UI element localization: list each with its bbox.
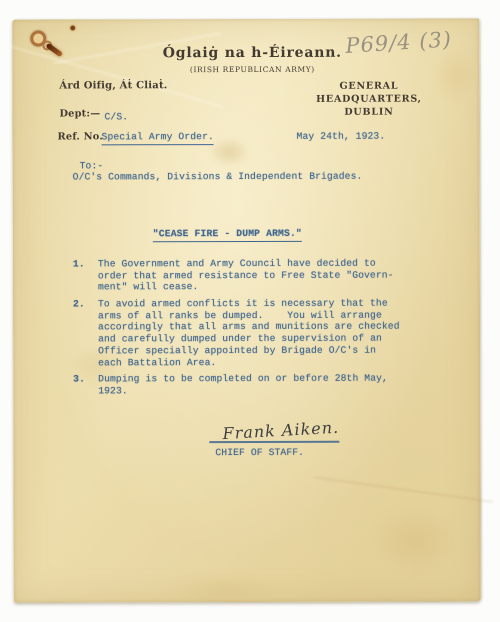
recipients-value: O/C's Commands, Divisions & Independent … bbox=[73, 171, 363, 183]
rust-mark-dot bbox=[70, 25, 75, 30]
order-item-1: 1. The Government and Army Council have … bbox=[13, 257, 480, 258]
headquarters-line2: DUBLIN bbox=[286, 105, 451, 118]
document-date: May 24th, 1923. bbox=[297, 131, 386, 143]
ref-no-label: Ref. No. bbox=[58, 131, 103, 142]
organisation-subtitle: (IRISH REPUBLICAN ARMY) bbox=[107, 65, 397, 75]
order-item-text: To avoid armed conflicts it is necessary… bbox=[98, 298, 400, 369]
order-item-number: 1. bbox=[73, 258, 85, 270]
dept-label: Dept:— bbox=[59, 108, 100, 119]
signature-underline bbox=[209, 441, 339, 443]
signatory-title: CHIEF OF STAFF. bbox=[215, 447, 304, 459]
head-office-address-gaelic: Árd Oifig, Áṫ Cliaṫ. bbox=[59, 80, 167, 91]
ref-no-value: Special Army Order. bbox=[102, 131, 214, 145]
order-item-text: The Government and Army Council have dec… bbox=[98, 258, 394, 294]
headquarters-address: GENERAL HEADQUARTERS, DUBLIN bbox=[286, 79, 451, 118]
crease-line bbox=[314, 476, 493, 502]
order-item-2: 2. To avoid armed conflicts it is necess… bbox=[13, 297, 480, 298]
recipients-label: To:- bbox=[80, 160, 104, 172]
organisation-title-gaelic: Óglaiġ na h-Éireann. bbox=[107, 45, 397, 62]
order-item-text: Dumping is to be completed on or before … bbox=[98, 373, 388, 397]
headquarters-line1: GENERAL HEADQUARTERS, bbox=[286, 79, 451, 105]
paper-stain bbox=[369, 503, 464, 578]
document-paper: P69/4 (3) Óglaiġ na h-Éireann. (IRISH RE… bbox=[12, 18, 481, 602]
dept-value: C/S. bbox=[104, 111, 128, 123]
order-item-number: 2. bbox=[73, 298, 85, 310]
order-heading: "CEASE FIRE - DUMP ARMS." bbox=[153, 228, 302, 243]
paper-stain bbox=[209, 137, 251, 167]
paper-stain bbox=[164, 574, 284, 604]
order-item-number: 3. bbox=[73, 373, 85, 385]
order-item-3: 3. Dumping is to be completed on or befo… bbox=[13, 372, 480, 373]
handwritten-signature: Frank Aiken. bbox=[218, 417, 344, 443]
